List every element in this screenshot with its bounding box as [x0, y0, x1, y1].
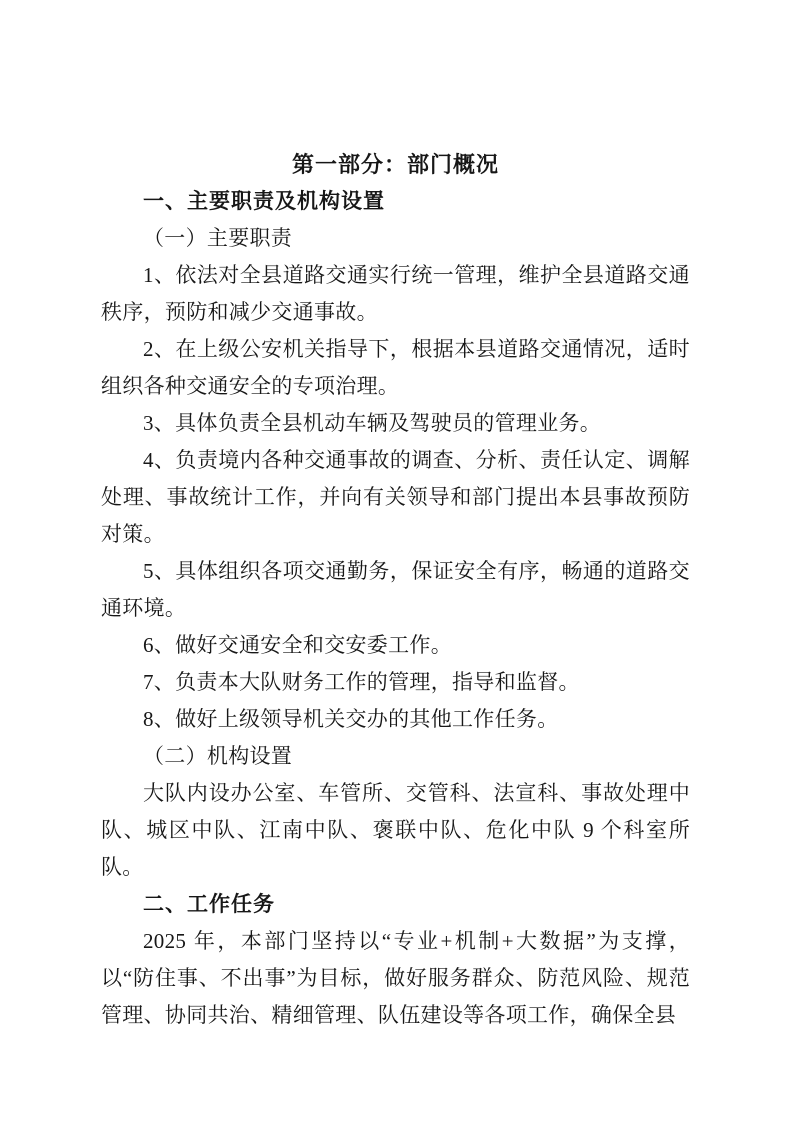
- paragraph-work-tasks: 2025 年，本部门坚持以“专业+机制+大数据”为支撑，以“防住事、不出事”为目…: [101, 923, 690, 1034]
- paragraph-duty-8: 8、做好上级领导机关交办的其他工作任务。: [101, 701, 690, 738]
- subsection-heading-main-duties: （一）主要职责: [101, 220, 690, 257]
- paragraph-duty-3: 3、具体负责全县机动车辆及驾驶员的管理业务。: [101, 405, 690, 442]
- paragraph-duty-5: 5、具体组织各项交通勤务，保证安全有序，畅通的道路交通环境。: [101, 553, 690, 627]
- paragraph-duty-1: 1、依法对全县道路交通实行统一管理，维护全县道路交通秩序，预防和减少交通事故。: [101, 257, 690, 331]
- paragraph-duty-2: 2、在上级公安机关指导下，根据本县道路交通情况，适时组织各种交通安全的专项治理。: [101, 331, 690, 405]
- paragraph-duty-4: 4、负责境内各种交通事故的调查、分析、责任认定、调解处理、事故统计工作，并向有关…: [101, 442, 690, 553]
- document-title: 第一部分：部门概况: [101, 146, 690, 183]
- document-page: 第一部分：部门概况 一、主要职责及机构设置 （一）主要职责 1、依法对全县道路交…: [0, 0, 793, 1122]
- section-heading-duties: 一、主要职责及机构设置: [101, 183, 690, 220]
- subsection-heading-org-setup: （二）机构设置: [101, 738, 690, 775]
- document-body: 第一部分：部门概况 一、主要职责及机构设置 （一）主要职责 1、依法对全县道路交…: [101, 146, 690, 1034]
- paragraph-duty-7: 7、负责本大队财务工作的管理，指导和监督。: [101, 664, 690, 701]
- paragraph-org-structure: 大队内设办公室、车管所、交管科、法宣科、事故处理中队、城区中队、江南中队、褒联中…: [101, 775, 690, 886]
- section-heading-tasks: 二、工作任务: [101, 886, 690, 923]
- paragraph-duty-6: 6、做好交通安全和交安委工作。: [101, 627, 690, 664]
